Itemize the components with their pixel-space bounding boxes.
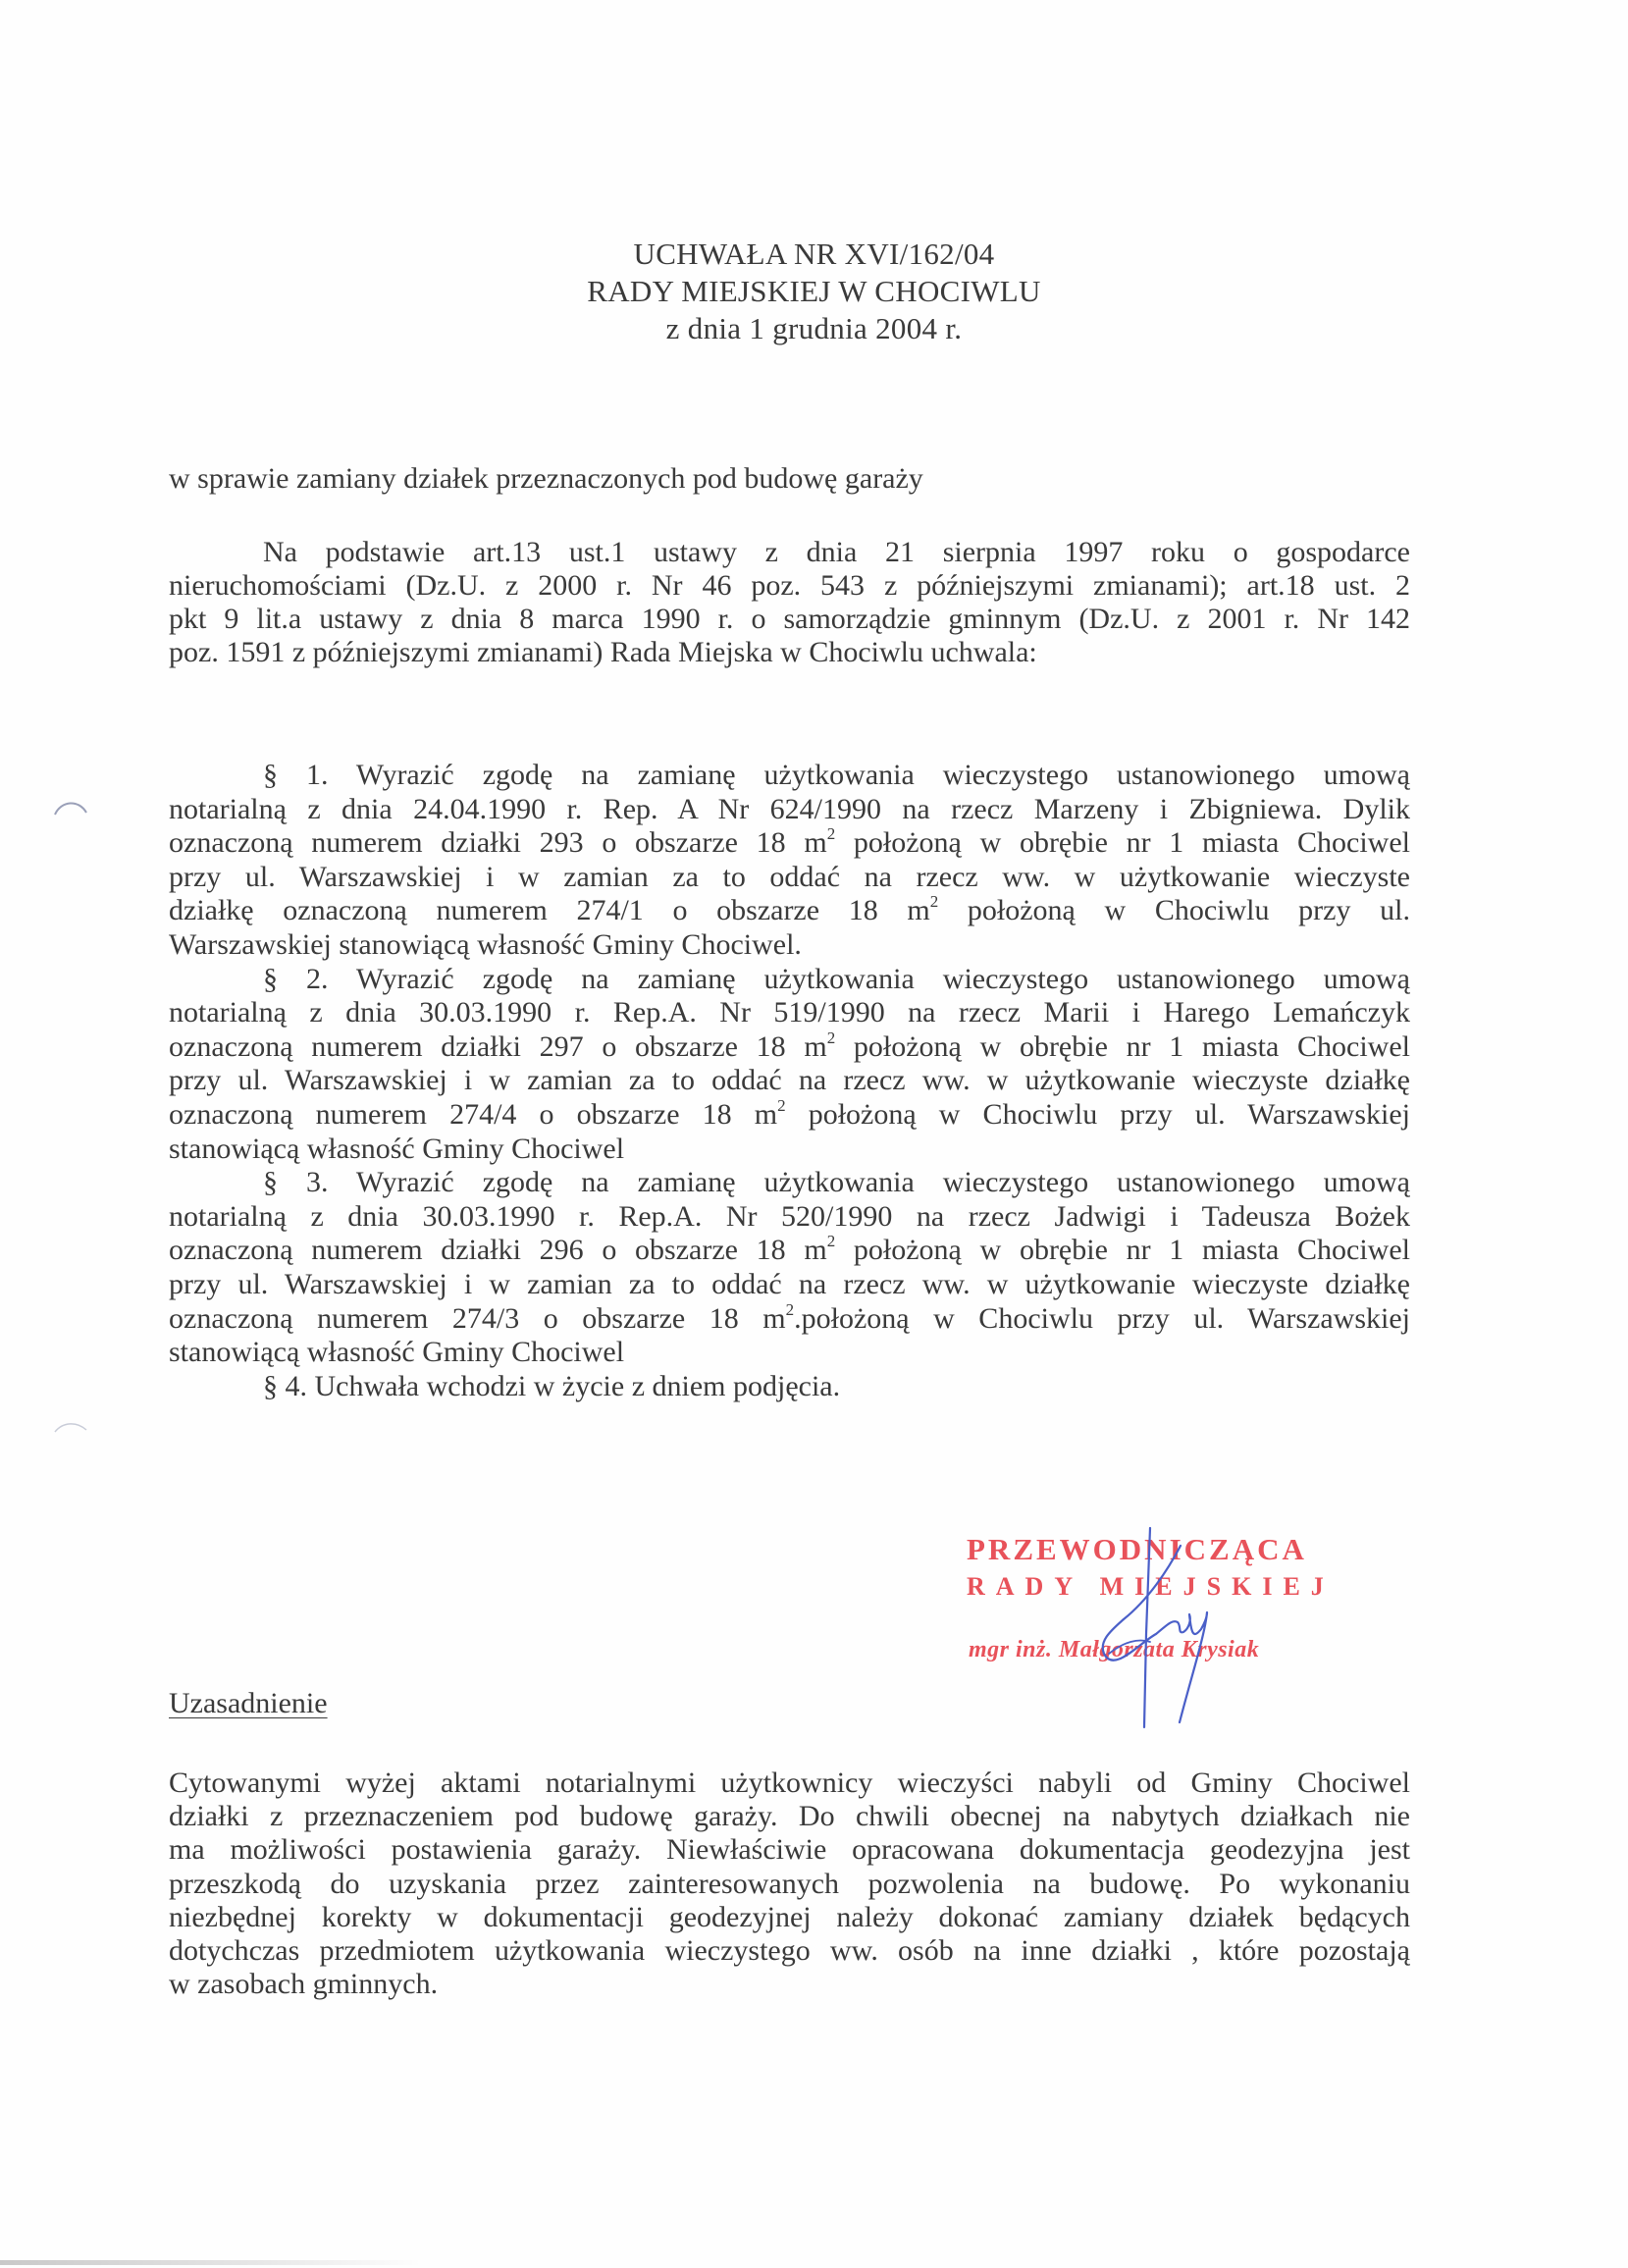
resolution-subject: w sprawie zamiany działek przeznaczonych… — [169, 459, 923, 499]
paragraph-line: działkę oznaczoną numerem 274/1 o obszar… — [169, 894, 1410, 928]
text-span: położoną w Chociwlu przy ul. Warszawskie… — [786, 1098, 1410, 1131]
resolution-number: UCHWAŁA NR XVI/162/04 — [0, 236, 1628, 273]
paragraph-line: § 3. Wyrazić zgodę na zamianę użytkowani… — [169, 1166, 1410, 1200]
paragraph-line: stanowiącą własność Gminy Chociwel — [169, 1336, 1410, 1370]
resolution-date: z dnia 1 grudnia 2004 r. — [0, 310, 1628, 347]
paragraph-line: przy ul. Warszawskiej i w zamian za to o… — [169, 861, 1410, 895]
paragraph-1: § 1. Wyrazić zgodę na zamianę użytkowani… — [169, 759, 1410, 963]
punch-hole-mark — [51, 1416, 90, 1436]
justification-line: działki z przeznaczeniem pod budowę gara… — [169, 1800, 1410, 1833]
scanned-page: UCHWAŁA NR XVI/162/04 RADY MIEJSKIEJ W C… — [0, 0, 1628, 2268]
paragraph-line: stanowiącą własność Gminy Chociwel — [169, 1133, 1410, 1167]
legal-basis: Na podstawie art.13 ust.1 ustawy z dnia … — [169, 536, 1410, 669]
paragraph-line: oznaczoną numerem działki 297 o obszarze… — [169, 1030, 1410, 1065]
paragraph-line: przy ul. Warszawskiej i w zamian za to o… — [169, 1064, 1410, 1098]
council-name: RADY MIEJSKIEJ W CHOCIWLU — [0, 273, 1628, 310]
paragraph-3: § 3. Wyrazić zgodę na zamianę użytkowani… — [169, 1166, 1410, 1370]
justification-title: Uzasadnienie — [169, 1686, 328, 1721]
justification-line: niezbędnej korekty w dokumentacji geodez… — [169, 1901, 1410, 1934]
superscript: 2 — [777, 1098, 786, 1115]
paragraph-line: Warszawskiej stanowiącą własność Gminy C… — [169, 928, 1410, 963]
text-span: oznaczoną numerem 274/4 o obszarze 18 m — [169, 1098, 777, 1131]
justification-line: ma możliwości postawienia garaży. Niewła… — [169, 1833, 1410, 1867]
legal-basis-line: pkt 9 lit.a ustawy z dnia 8 marca 1990 r… — [169, 603, 1410, 636]
punch-hole-mark — [51, 797, 90, 817]
text-span: położoną w Chociwlu przy ul. — [938, 894, 1410, 926]
text-span: położoną w obrębie nr 1 miasta Chociwel — [835, 1030, 1410, 1063]
paragraph-2: § 2. Wyrazić zgodę na zamianę użytkowani… — [169, 963, 1410, 1167]
resolution-header: UCHWAŁA NR XVI/162/04 RADY MIEJSKIEJ W C… — [0, 236, 1628, 347]
justification-body: Cytowanymi wyżej aktami notarialnymi uży… — [169, 1767, 1410, 2001]
justification-line: przeszkodą do uzyskania przez zaintereso… — [169, 1868, 1410, 1901]
text-span: oznaczoną numerem działki 297 o obszarze… — [169, 1030, 827, 1063]
text-span: oznaczoną numerem 274/3 o obszarze 18 m — [169, 1302, 786, 1335]
resolution-paragraphs: § 1. Wyrazić zgodę na zamianę użytkowani… — [169, 759, 1410, 1403]
paragraph-line: notarialną z dnia 30.03.1990 r. Rep.A. N… — [169, 1200, 1410, 1235]
legal-basis-line: poz. 1591 z późniejszymi zmianami) Rada … — [169, 636, 1410, 669]
superscript: 2 — [827, 1234, 836, 1250]
legal-basis-line: Na podstawie art.13 ust.1 ustawy z dnia … — [169, 536, 1410, 569]
superscript: 2 — [827, 826, 836, 843]
paragraph-4: § 4. Uchwała wchodzi w życie z dniem pod… — [169, 1370, 1410, 1404]
paragraph-line: oznaczoną numerem działki 296 o obszarze… — [169, 1234, 1410, 1268]
paragraph-line: oznaczoną numerem działki 293 o obszarze… — [169, 826, 1410, 861]
handwritten-signature — [1079, 1526, 1236, 1732]
text-span: działkę oznaczoną numerem 274/1 o obszar… — [169, 894, 930, 926]
justification-line: Cytowanymi wyżej aktami notarialnymi uży… — [169, 1767, 1410, 1800]
superscript: 2 — [827, 1030, 836, 1047]
superscript: 2 — [930, 894, 939, 911]
paragraph-line: oznaczoną numerem 274/4 o obszarze 18 m2… — [169, 1098, 1410, 1133]
text-span: położoną w obrębie nr 1 miasta Chociwel — [835, 826, 1410, 859]
text-span: oznaczoną numerem działki 296 o obszarze… — [169, 1234, 827, 1266]
justification-line: dotychczas przedmiotem użytkowania wiecz… — [169, 1934, 1410, 1968]
legal-basis-line: nieruchomościami (Dz.U. z 2000 r. Nr 46 … — [169, 569, 1410, 603]
text-span: .położoną w Chociwlu przy ul. Warszawski… — [794, 1302, 1410, 1335]
text-span: oznaczoną numerem działki 293 o obszarze… — [169, 826, 827, 859]
paragraph-line: oznaczoną numerem 274/3 o obszarze 18 m2… — [169, 1302, 1410, 1337]
superscript: 2 — [786, 1302, 795, 1319]
justification-line: w zasobach gminnych. — [169, 1968, 1410, 2001]
paragraph-line: notarialną z dnia 24.04.1990 r. Rep. A N… — [169, 793, 1410, 827]
scan-edge-shadow — [0, 2260, 422, 2265]
text-span: położoną w obrębie nr 1 miasta Chociwel — [835, 1234, 1410, 1266]
paragraph-line: § 1. Wyrazić zgodę na zamianę użytkowani… — [169, 759, 1410, 793]
paragraph-line: przy ul. Warszawskiej i w zamian za to o… — [169, 1268, 1410, 1302]
paragraph-line: notarialną z dnia 30.03.1990 r. Rep.A. N… — [169, 996, 1410, 1030]
paragraph-line: § 2. Wyrazić zgodę na zamianę użytkowani… — [169, 963, 1410, 997]
